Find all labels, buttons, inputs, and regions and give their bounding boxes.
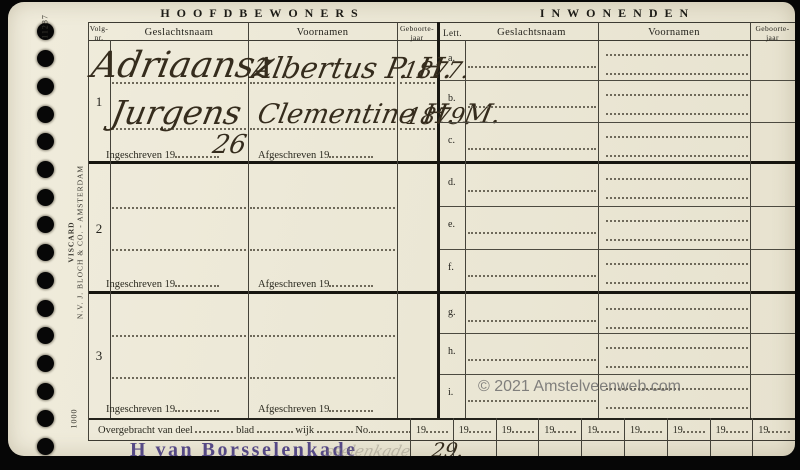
ingeschreven-label-3: Ingeschreven 19 — [106, 401, 219, 415]
binder-hole — [37, 355, 54, 372]
binder-hole — [37, 189, 54, 206]
ingeschreven-text: Ingeschreven 19 — [106, 279, 175, 290]
year-cell-label: 19 — [416, 422, 448, 436]
inwonenden-row-a: a. — [440, 40, 795, 80]
binder-hole — [37, 410, 54, 427]
dotted-line — [606, 136, 748, 138]
dotted-line — [468, 275, 596, 277]
handwritten-surname-1: Adriaansz — [89, 48, 277, 84]
year-cell: 19 — [538, 418, 582, 456]
colhead-lett: Lett. — [440, 28, 465, 38]
year-cell-label: 19 — [587, 422, 619, 436]
colhead-volgnr: Volg- nr. — [88, 25, 110, 42]
dotted-fill — [317, 422, 353, 433]
no-label: No. — [355, 425, 370, 436]
year-cell: 19 — [453, 418, 497, 456]
dotted-line — [468, 359, 596, 361]
colhead-voornamen-right: Voornamen — [598, 27, 750, 38]
printer-name: VISCARD — [67, 221, 76, 262]
dotted-line — [468, 232, 596, 234]
dotted-line — [606, 407, 748, 409]
colhead-geslachtsnaam-right: Geslachtsnaam — [465, 27, 598, 38]
afgeschreven-text: Afgeschreven 19 — [258, 279, 329, 290]
dotted-line — [250, 207, 395, 209]
printer-address: N.V. J. BLOCH & CO. - AMSTERDAM — [76, 165, 85, 319]
binder-hole — [37, 272, 54, 289]
dotted-fill — [175, 276, 219, 287]
letter-row-separator — [440, 374, 795, 375]
binder-hole — [37, 216, 54, 233]
ingeschreven-label-2: Ingeschreven 19 — [106, 276, 219, 290]
ingeschreven-text: Ingeschreven 19 — [106, 150, 175, 161]
dotted-line — [606, 197, 748, 199]
colhead-geboortejaar-left: Geboorte- jaar — [397, 25, 437, 42]
year-cell-label: 19 — [758, 422, 790, 436]
dotted-fill — [554, 422, 576, 433]
year-cell: 19 — [624, 418, 668, 456]
dotted-line — [468, 106, 596, 108]
dotted-line — [606, 327, 748, 329]
ingeschreven-label-1: Ingeschreven 19 — [106, 147, 219, 161]
dotted-line — [468, 148, 596, 150]
dotted-line — [468, 66, 596, 68]
blad-label: blad — [236, 425, 254, 436]
dotted-fill — [371, 422, 411, 433]
dotted-line — [250, 335, 395, 337]
letter-label: b. — [448, 93, 456, 104]
volgnr-divider — [110, 40, 111, 418]
dotted-line — [468, 320, 596, 322]
scanned-registration-card-photo: 11287 VISCARD N.V. J. BLOCH & CO. - AMST… — [0, 0, 800, 470]
colhead-geb-l2: jaar — [411, 33, 424, 42]
dotted-line — [112, 377, 246, 379]
letter-label: c. — [448, 135, 455, 146]
serial-number-top: 11287 — [41, 2, 50, 57]
dotted-fill — [257, 422, 293, 433]
printer-imprint: VISCARD N.V. J. BLOCH & CO. - AMSTERDAM — [67, 165, 85, 320]
dotted-fill — [469, 422, 491, 433]
binder-hole — [37, 244, 54, 261]
inwonenden-row-f: f. — [440, 249, 795, 291]
dotted-line — [606, 113, 748, 115]
dotted-line — [606, 347, 748, 349]
year-cell-label: 19 — [673, 422, 705, 436]
colhead-voornamen-left: Voornamen — [248, 27, 397, 38]
year-cell: 19 — [710, 418, 754, 456]
section-title-inwonenden: INWONENDEN — [440, 6, 795, 21]
afgeschreven-label-2: Afgeschreven 19 — [258, 276, 373, 290]
binder-hole — [37, 106, 54, 123]
inwonenden-row-h: h. — [440, 333, 795, 374]
dotted-fill — [329, 276, 373, 287]
dotted-line — [250, 249, 395, 251]
afgeschreven-text: Afgeschreven 19 — [258, 150, 329, 161]
dotted-fill — [329, 401, 373, 412]
inwonenden-row-b: b. — [440, 80, 795, 122]
letter-label: e. — [448, 219, 455, 230]
year-cell: 19 — [496, 418, 540, 456]
dotted-line — [606, 178, 748, 180]
letter-row-separator — [440, 333, 795, 334]
year-cell-label: 19 — [544, 422, 576, 436]
dotted-line — [606, 239, 748, 241]
year-cell: 19 — [752, 418, 795, 456]
dotted-line — [606, 282, 748, 284]
handwritten-registration-year: 26 — [210, 132, 248, 158]
dotted-fill — [683, 422, 705, 433]
row-number-3: 3 — [88, 348, 110, 364]
wijk-label: wijk — [295, 425, 314, 436]
dotted-line — [112, 249, 246, 251]
binder-hole — [37, 383, 54, 400]
year-cell: 19 — [410, 418, 454, 456]
dotted-fill — [726, 422, 748, 433]
dotted-line — [606, 54, 748, 56]
colhead-volgnr-l2: nr. — [95, 33, 104, 42]
dotted-line — [112, 335, 246, 337]
letter-row-separator — [440, 206, 795, 207]
dotted-fill — [329, 147, 373, 158]
dotted-line — [468, 400, 596, 402]
dotted-line — [606, 366, 748, 368]
letter-label: g. — [448, 307, 456, 318]
inwonenden-row-e: e. — [440, 206, 795, 249]
letter-label: a. — [448, 53, 455, 64]
ingeschreven-text: Ingeschreven 19 — [106, 404, 175, 415]
colhead-geslachtsnaam-left: Geslachtsnaam — [110, 27, 248, 38]
afgeschreven-text: Afgeschreven 19 — [258, 404, 329, 415]
year-cell-label: 19 — [630, 422, 662, 436]
afgeschreven-label-3: Afgeschreven 19 — [258, 401, 373, 415]
dotted-line — [606, 263, 748, 265]
street-name-stamp: H van Borsselenkade — [130, 439, 358, 456]
overgebracht-line: Overgebracht van deel blad wijk No. — [98, 422, 411, 436]
pencil-street-note: sselenkade — [324, 442, 413, 456]
rule-under-titles — [88, 22, 795, 23]
dotted-line — [606, 220, 748, 222]
dotted-fill — [597, 422, 619, 433]
year-cell-label: 19 — [502, 422, 534, 436]
dotted-line — [468, 190, 596, 192]
inwonenden-row-g: g. — [440, 294, 795, 333]
afgeschreven-label-1: Afgeschreven 19 — [258, 147, 373, 161]
year-cell-label: 19 — [716, 422, 748, 436]
dotted-line — [606, 308, 748, 310]
letter-row-separator — [440, 122, 795, 123]
letter-label: h. — [448, 346, 456, 357]
handwritten-surname-2: Jurgens — [109, 96, 245, 129]
binder-hole — [37, 161, 54, 178]
binder-hole — [37, 300, 54, 317]
dotted-fill — [768, 422, 790, 433]
year-cell: 19 — [581, 418, 625, 456]
registration-card: 11287 VISCARD N.V. J. BLOCH & CO. - AMST… — [8, 2, 795, 456]
dotted-fill — [512, 422, 534, 433]
letter-row-separator — [440, 80, 795, 81]
binder-hole — [37, 438, 54, 455]
year-cell: 19 — [667, 418, 711, 456]
section-title-hoofdbewoners: HOOFDBEWONERS — [88, 6, 437, 21]
letter-row-separator — [440, 249, 795, 250]
row-number-2: 2 — [88, 221, 110, 237]
dotted-line — [250, 377, 395, 379]
dotted-fill — [195, 422, 233, 433]
dotted-fill — [175, 401, 219, 412]
dotted-line — [606, 94, 748, 96]
dotted-line — [606, 155, 748, 157]
serial-number-bottom: 1000 — [70, 399, 79, 439]
dotted-fill — [426, 422, 448, 433]
copyright-watermark: © 2021 Amstelveenweb.com — [478, 378, 681, 396]
binder-hole — [37, 133, 54, 150]
dotted-line — [112, 207, 246, 209]
letter-label: i. — [448, 387, 453, 398]
row-number-1: 1 — [88, 94, 110, 110]
binder-hole — [37, 327, 54, 344]
inwonenden-row-d: d. — [440, 164, 795, 206]
dotted-line — [606, 73, 748, 75]
dotted-fill — [640, 422, 662, 433]
letter-label: f. — [448, 262, 454, 273]
binder-hole — [37, 78, 54, 95]
year-cell-label: 19 — [459, 422, 491, 436]
overgebracht-label: Overgebracht van deel — [98, 425, 193, 436]
letter-label: d. — [448, 177, 456, 188]
inwonenden-row-c: c. — [440, 122, 795, 161]
